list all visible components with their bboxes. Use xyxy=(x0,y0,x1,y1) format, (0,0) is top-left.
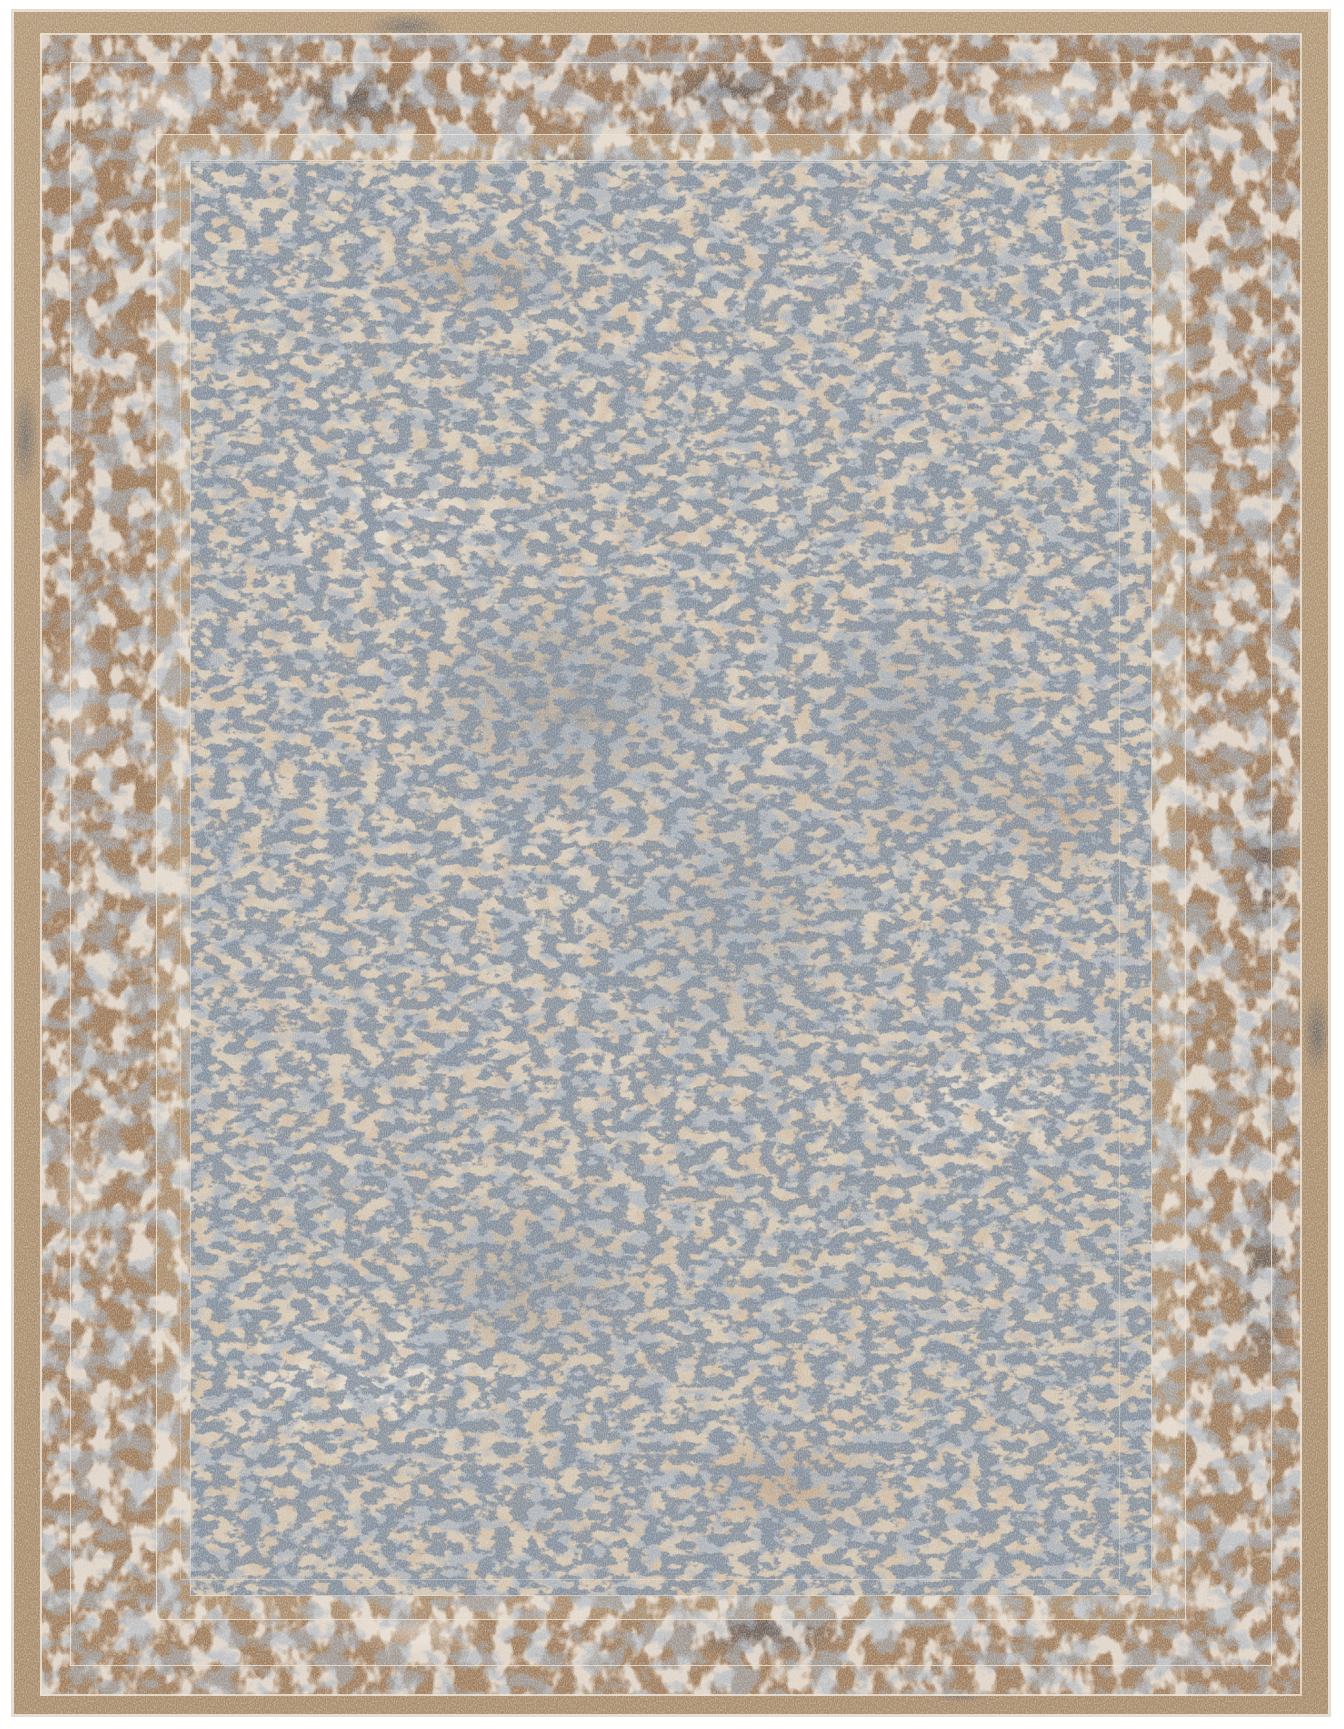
rug-field-center xyxy=(242,210,1100,1546)
area-rug xyxy=(12,10,1330,1716)
